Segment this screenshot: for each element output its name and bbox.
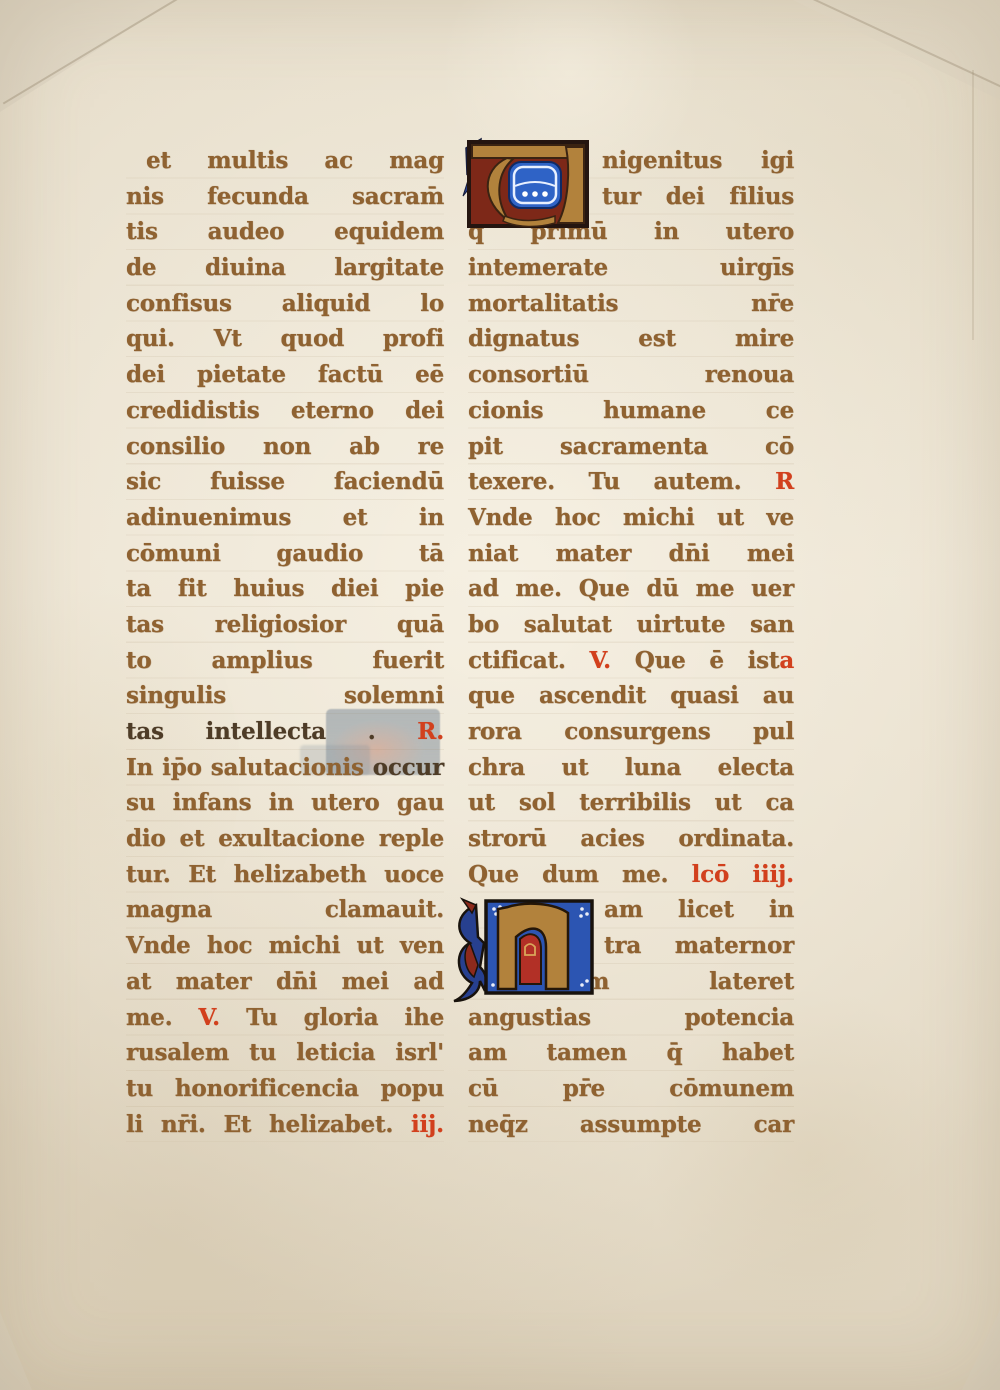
manuscript-line: magna clamauit. [126, 892, 444, 928]
text-segment: consilio non ab re [126, 433, 444, 460]
manuscript-line: singulis solemni [126, 678, 444, 714]
manuscript-line: niat mater dn̄i mei [468, 536, 794, 572]
manuscript-line: tur. Et helizabeth uoce [126, 857, 444, 893]
text-segment [376, 718, 418, 745]
text-segment: R. [417, 718, 444, 745]
manuscript-line: ctificat. V. Que ē ista [468, 643, 794, 679]
text-segment: dignatus est mire [468, 325, 794, 352]
manuscript-line: Vnde hoc michi ut ve [468, 500, 794, 536]
text-segment: li nr̄i. Et helizabet. [126, 1111, 411, 1138]
manuscript-line: pit sacramenta cō [468, 429, 794, 465]
text-segment: cū pr̄e cōmunem [468, 1075, 794, 1102]
text-segment: V. [199, 1004, 220, 1031]
text-segment: am licet in [604, 896, 794, 923]
illuminated-initial-n [448, 893, 600, 1005]
text-segment: me. [126, 1004, 199, 1031]
text-segment: tis audeo equidem [126, 218, 444, 245]
manuscript-line: sic fuisse faciendū [126, 464, 444, 500]
text-segment: qui. Vt quod profi [126, 325, 444, 352]
manuscript-line: ad me. Que dū me uer [468, 571, 794, 607]
text-segment: Vnde hoc michi ut ve [468, 504, 794, 531]
text-segment: ta fit huius diei pie [126, 575, 444, 602]
text-segment: et multis ac mag [146, 147, 444, 174]
text-segment: singulis solemni [126, 682, 444, 709]
text-segment: sic fuisse faciendū [126, 468, 444, 495]
manuscript-line: me. V. Tu gloria ihe [126, 1000, 444, 1036]
text-segment: confisus aliquid lo [126, 290, 444, 317]
text-segment: dei pietate factū eē [126, 361, 444, 388]
manuscript-line: cōmuni gaudio tā [126, 536, 444, 572]
manuscript-line: nis fecunda sacram̄ [126, 179, 444, 215]
text-segment: am tamen q̄ habet [468, 1039, 794, 1066]
manuscript-line: rusalem tu leticia isrl' [126, 1035, 444, 1071]
manuscript-line: et multis ac mag [126, 143, 444, 179]
text-segment: Vnde hoc michi ut ven [126, 932, 444, 959]
text-segment: mortalitatis nr̄e [468, 290, 794, 317]
manuscript-line: dignatus est mire [468, 321, 794, 357]
manuscript-line: mortalitatis nr̄e [468, 286, 794, 322]
manuscript-line: dei pietate factū eē [126, 357, 444, 393]
text-segment: at mater dn̄i mei ad [126, 968, 444, 995]
text-segment: lcō iiij. [692, 861, 794, 888]
text-segment: bo salutat uirtute san [468, 611, 794, 638]
text-segment: tas religiosior quā [126, 611, 444, 638]
text-segment: su infans in utero gau [126, 789, 444, 816]
text-segment: a [779, 647, 794, 674]
text-segment: tas intellecta . [126, 718, 376, 745]
manuscript-line: que ascendit quasi au [468, 678, 794, 714]
manuscript-line: confisus aliquid lo [126, 286, 444, 322]
manuscript-line: bo salutat uirtute san [468, 607, 794, 643]
manuscript-line: strorū acies ordinata. [468, 821, 794, 857]
manuscript-line: tas intellecta . R. [126, 714, 444, 750]
manuscript-line: de diuina largitate [126, 250, 444, 286]
manuscript-line: ut sol terribilis ut ca [468, 785, 794, 821]
text-segment: Que ē ist [611, 647, 779, 674]
text-segment: intemerate uirgīs [468, 254, 794, 281]
manuscript-line: Que dum me. lcō iiij. [468, 857, 794, 893]
text-segment: neq̄z assumpte car [468, 1111, 794, 1138]
text-segment: V. [590, 647, 611, 674]
illuminated-initial-v [463, 136, 593, 230]
text-segment: angustias potencia [468, 1004, 794, 1031]
manuscript-line: rora consurgens pul [468, 714, 794, 750]
manuscript-line: texere. Tu autem. R [468, 464, 794, 500]
text-segment: rusalem tu leticia isrl' [126, 1039, 444, 1066]
text-segment: niat mater dn̄i mei [468, 540, 794, 567]
manuscript-line: su infans in utero gau [126, 785, 444, 821]
text-segment: Que dum me. [468, 861, 692, 888]
text-segment: pit sacramenta cō [468, 433, 794, 460]
text-segment: R [775, 468, 794, 495]
manuscript-line: credidistis eterno dei [126, 393, 444, 429]
text-segment: dio et exultacione reple [126, 825, 444, 852]
text-segment: tur dei filius [602, 183, 794, 210]
manuscript-line: In ip̄o salutacionis occur [126, 750, 444, 786]
text-segment: In ip̄o salutacionis [126, 754, 373, 781]
manuscript-line: li nr̄i. Et helizabet. iij. [126, 1107, 444, 1143]
manuscript-line: to amplius fuerit [126, 643, 444, 679]
text-segment: cōmuni gaudio tā [126, 540, 444, 567]
text-segment: strorū acies ordinata. [468, 825, 794, 852]
text-segment: to amplius fuerit [126, 647, 444, 674]
manuscript-line: intemerate uirgīs [468, 250, 794, 286]
text-column-left: et multis ac magnis fecunda sacram̄tis a… [126, 143, 444, 1142]
text-segment: chra ut luna electa [468, 754, 794, 781]
text-segment: consortiū renoua [468, 361, 794, 388]
text-segment: rora consurgens pul [468, 718, 794, 745]
text-segment: adinuenimus et in [126, 504, 444, 531]
manuscript-line: consilio non ab re [126, 429, 444, 465]
manuscript-line: dio et exultacione reple [126, 821, 444, 857]
text-segment: magna clamauit. [126, 896, 444, 923]
text-segment: iij. [411, 1111, 444, 1138]
text-segment: tur. Et helizabeth uoce [126, 861, 444, 888]
text-segment: texere. Tu autem. [468, 468, 775, 495]
manuscript-line: adinuenimus et in [126, 500, 444, 536]
manuscript-line: chra ut luna electa [468, 750, 794, 786]
text-segment: nis fecunda sacram̄ [126, 183, 444, 210]
manuscript-line: tis audeo equidem [126, 214, 444, 250]
text-segment: de diuina largitate [126, 254, 444, 281]
text-segment: tra maternor [604, 932, 794, 959]
text-segment: occur [373, 754, 444, 781]
text-segment: ctificat. [468, 647, 590, 674]
manuscript-photo: { "page": { "type": "illuminated manuscr… [0, 0, 1000, 1390]
manuscript-line: tu honorificencia popu [126, 1071, 444, 1107]
text-segment: Tu gloria ihe [220, 1004, 444, 1031]
text-segment: ut sol terribilis ut ca [468, 789, 794, 816]
manuscript-line: cū pr̄e cōmunem [468, 1071, 794, 1107]
manuscript-line: Vnde hoc michi ut ven [126, 928, 444, 964]
text-segment: credidistis eterno dei [126, 397, 444, 424]
manuscript-line: tas religiosior quā [126, 607, 444, 643]
text-segment: ad me. Que dū me uer [468, 575, 794, 602]
text-segment: tu honorificencia popu [126, 1075, 444, 1102]
text-segment: cionis humane ce [468, 397, 794, 424]
manuscript-line: consortiū renoua [468, 357, 794, 393]
manuscript-line: am tamen q̄ habet [468, 1035, 794, 1071]
manuscript-line: ta fit huius diei pie [126, 571, 444, 607]
text-segment: nigenitus igi [602, 147, 794, 174]
manuscript-line: at mater dn̄i mei ad [126, 964, 444, 1000]
manuscript-line: cionis humane ce [468, 393, 794, 429]
manuscript-line: qui. Vt quod profi [126, 321, 444, 357]
manuscript-line: neq̄z assumpte car [468, 1107, 794, 1143]
text-segment: que ascendit quasi au [468, 682, 794, 709]
